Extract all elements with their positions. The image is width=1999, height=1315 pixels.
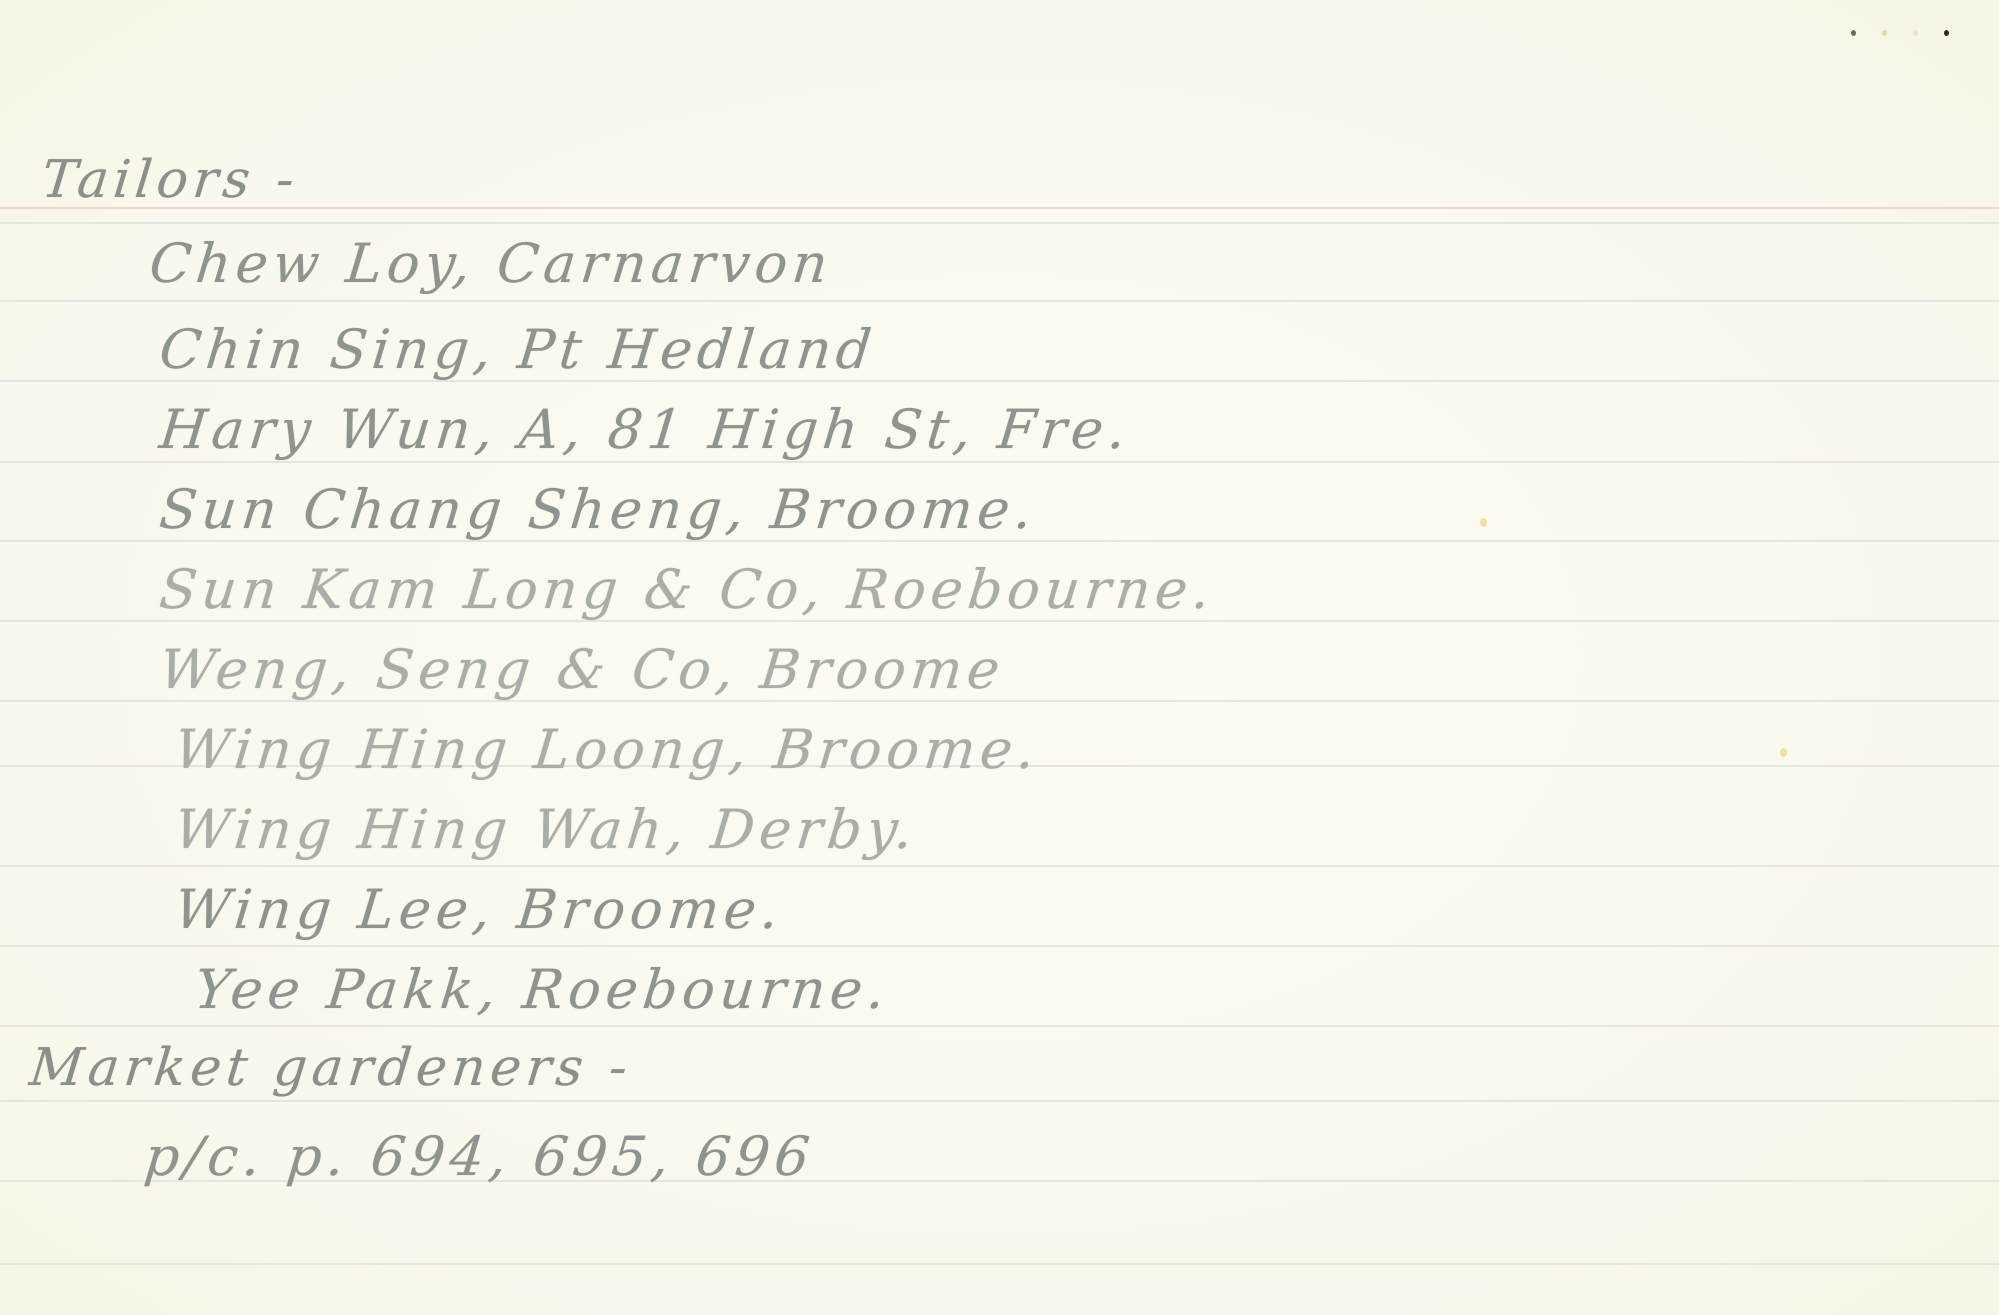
entry: p/c. p. 694, 695, 696 (142, 1125, 818, 1188)
speck (1851, 30, 1856, 36)
entry: Weng, Seng & Co, Broome (157, 638, 1008, 701)
speck (1944, 30, 1949, 36)
entry: Sun Chang Sheng, Broome. (157, 478, 1040, 541)
entry: Wing Hing Wah, Derby. (172, 798, 921, 861)
speck (1882, 30, 1887, 36)
entry: Chin Sing, Pt Hedland (157, 318, 879, 381)
entry: Hary Wun, A, 81 High St, Fre. (157, 398, 1134, 461)
ruled-line (0, 222, 1999, 224)
entry: Chew Loy, Carnarvon (147, 232, 836, 295)
section-heading-market-gardeners: Market gardeners - (27, 1038, 635, 1098)
ruled-line (0, 1263, 1999, 1265)
paper-stain (1480, 518, 1487, 527)
paper-specks (1851, 30, 1949, 36)
top-red-rule (0, 207, 1999, 209)
ruled-line (0, 1100, 1999, 1102)
speck (1913, 30, 1918, 36)
ruled-line (0, 865, 1999, 867)
index-card: Tailors - Chew Loy, Carnarvon Chin Sing,… (0, 0, 1999, 1315)
entry: Wing Hing Loong, Broome. (172, 718, 1043, 781)
section-heading-tailors: Tailors - (39, 150, 302, 210)
entry: Wing Lee, Broome. (172, 878, 787, 941)
paper-stain (1780, 748, 1787, 757)
ruled-line (0, 945, 1999, 947)
ruled-line (0, 461, 1999, 463)
ruled-line (0, 300, 1999, 302)
entry: Sun Kam Long & Co, Roebourne. (157, 558, 1218, 621)
ruled-line (0, 1025, 1999, 1027)
entry: Yee Pakk, Roebourne. (192, 958, 893, 1021)
